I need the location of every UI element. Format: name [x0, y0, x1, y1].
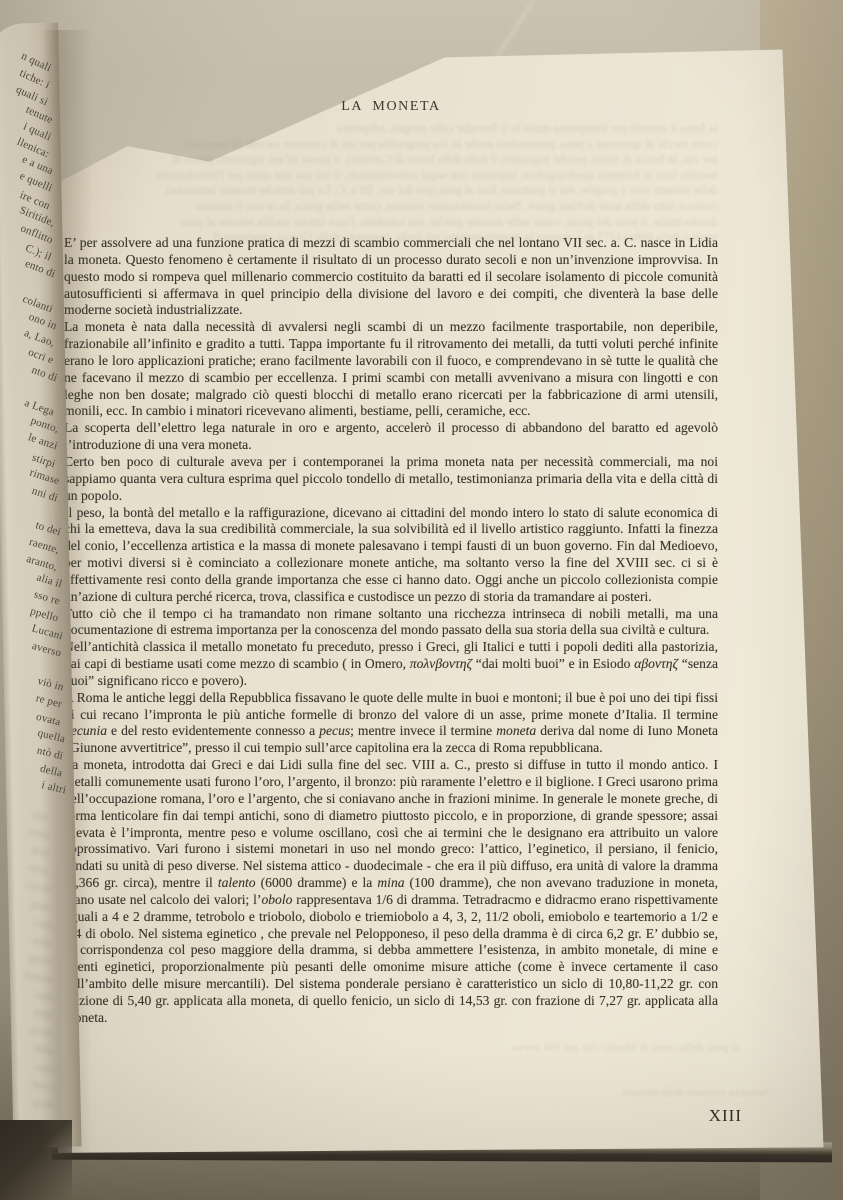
text-run: (6000 dramme) e la	[256, 875, 378, 890]
bleedthrough-line: la fama il ausnale por transpousa quale …	[66, 121, 718, 137]
bleedthrough-line: come tocchi di quataone a peso, pensoval…	[66, 137, 718, 153]
page-bottom-shading	[58, 1050, 832, 1154]
book-photo: LA MONETA la fama il ausnale por transpo…	[0, 0, 843, 1200]
paragraph: Nell’antichità classica il metallo monet…	[64, 639, 718, 690]
page-bleedthrough-top: la fama il ausnale por transpousa quale …	[66, 121, 718, 246]
paragraph: La moneta è nata dalla necessità di avva…	[64, 319, 718, 420]
italic-term: talento	[218, 875, 256, 890]
gutter-shadow	[40, 30, 92, 1154]
text-run: Il peso, la bontà del metallo e la raffi…	[64, 505, 718, 604]
page-body-text: E’ per assolvere ad una funzione pratica…	[64, 235, 718, 1027]
italic-term: moneta	[496, 723, 536, 738]
bleedthrough-line: duodecimale, il peso dei pezzi, come nel…	[66, 215, 718, 231]
text-run: Tutto ciò che il tempo ci ha tramandato …	[64, 606, 718, 638]
italic-term: πολνβοντηζ	[410, 656, 472, 671]
italic-term: obolo	[261, 892, 292, 907]
text-run: ; mentre invece il termine	[350, 723, 496, 738]
text-run: La moneta è nata dalla necessità di avva…	[64, 319, 718, 418]
italic-term: pecus	[319, 723, 350, 738]
paragraph: La moneta, introdotta dai Greci e dai Li…	[64, 757, 718, 1027]
paragraph: A Roma le antiche leggi della Repubblica…	[64, 690, 718, 757]
text-run: rappresentava 1/6 di dramma. Tetradracmo…	[64, 892, 718, 1025]
bleedthrough-line: Terrazza veruano delle moneta	[540, 1085, 770, 1101]
bleedthrough-line: per cui, in bocca di morti, perché pagas…	[66, 152, 718, 168]
paragraph: Il peso, la bontà del metallo e la raffi…	[64, 505, 718, 606]
bleedthrough-line: riunisce tutta della serie dell'aes grav…	[66, 199, 718, 215]
italic-term: mina	[377, 875, 404, 890]
text-run: La scoperta dell’elettro lega naturale i…	[64, 420, 718, 452]
page-bleedthrough-bottom: Terrazza veruano delle moneta	[540, 1085, 770, 1101]
text-run: e del resto evidentemente connesso a	[107, 723, 319, 738]
paragraph: La scoperta dell’elettro lega naturale i…	[64, 420, 718, 454]
page-number: XIII	[64, 1106, 742, 1126]
paragraph: E’ per assolvere ad una funzione pratica…	[64, 235, 718, 319]
page-bleedthrough-bottom: al peso della cassa di Manlio che nel 39…	[470, 1040, 740, 1056]
text-run: Certo ben poco di culturale aveva per i …	[64, 454, 718, 503]
page-title: LA MONETA	[64, 99, 718, 115]
text-run: La moneta, introdotta dai Greci e dai Li…	[64, 757, 718, 890]
text-run: E’ per assolvere ad una funzione pratica…	[64, 235, 718, 317]
text-run: “dai molti buoi” e in Esiodo	[472, 656, 634, 671]
paragraph: Tutto ciò che il tempo ci ha tramandato …	[64, 606, 718, 640]
text-run: A Roma le antiche leggi della Repubblica…	[64, 690, 718, 722]
bleedthrough-line: delle monete vere e proprie, ma si protr…	[66, 183, 718, 199]
bleedthrough-line: al peso della cassa di Manlio che nel 39…	[470, 1040, 740, 1056]
paragraph: Certo ben poco di culturale aveva per i …	[64, 454, 718, 505]
bleedthrough-line: metallo fuso in formetta quadrangolare, …	[66, 168, 718, 184]
italic-term: αβοντηζ	[634, 656, 678, 671]
